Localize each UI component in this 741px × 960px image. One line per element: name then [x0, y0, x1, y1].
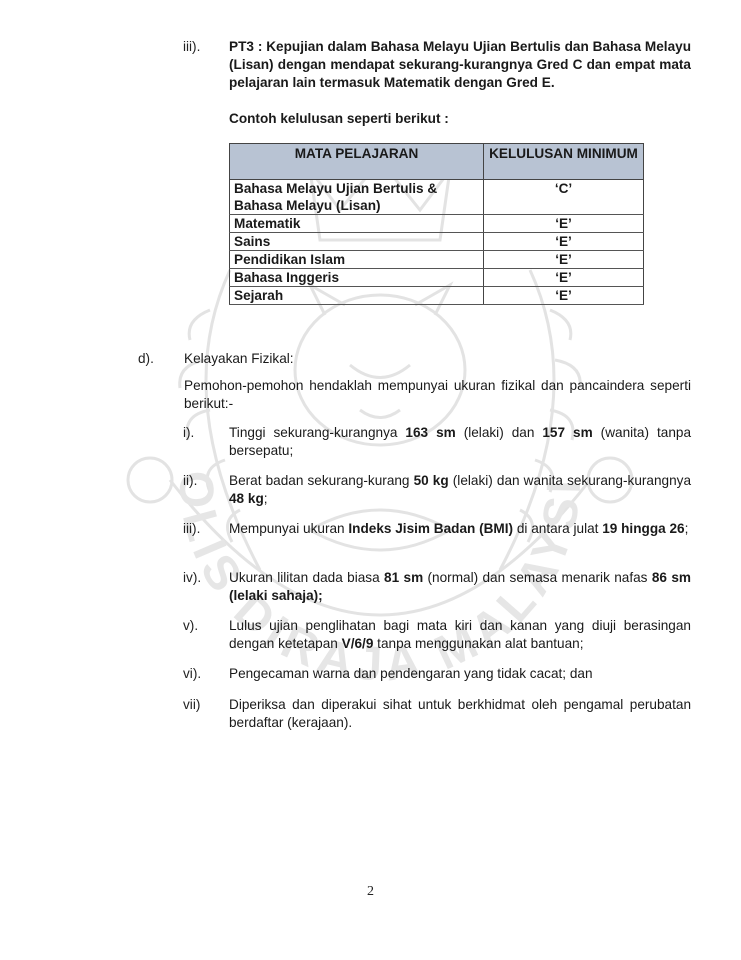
text-segment: Berat badan sekurang-kurang [229, 473, 414, 488]
list-item-text: Pengecaman warna dan pendengaran yang ti… [229, 665, 691, 683]
column-header-minimum-pass: KELULUSAN MINIMUM [484, 144, 644, 180]
subject-cell: Bahasa Melayu Ujian Bertulis & Bahasa Me… [230, 180, 484, 215]
table-row: Sains‘E’ [230, 233, 644, 251]
table-row: Sejarah‘E’ [230, 287, 644, 305]
text-segment: ; [264, 491, 268, 506]
emphasis-value: 19 hingga 26 [602, 521, 684, 536]
text-segment: Diperiksa dan diperakui sihat untuk berk… [229, 697, 691, 730]
emphasis-value: 81 sm [384, 570, 423, 585]
text-segment: ; [685, 521, 689, 536]
emphasis-value: 157 sm [542, 425, 592, 440]
subject-cell: Bahasa Inggeris [230, 269, 484, 287]
grade-cell: ‘E’ [484, 269, 644, 287]
list-item: iii).Mempunyai ukuran Indeks Jisim Badan… [183, 520, 691, 538]
list-marker: vi). [183, 665, 229, 683]
emphasis-value: 50 kg [414, 473, 449, 488]
table-row: Bahasa Melayu Ujian Bertulis & Bahasa Me… [230, 180, 644, 215]
text-segment: tanpa menggunakan alat bantuan; [373, 636, 583, 651]
grade-cell: ‘E’ [484, 287, 644, 305]
list-item-text: Mempunyai ukuran Indeks Jisim Badan (BMI… [229, 520, 691, 538]
document-page: iii). PT3 : Kepujian dalam Bahasa Melayu… [0, 0, 741, 960]
table-header-row: MATA PELAJARAN KELULUSAN MINIMUM [230, 144, 644, 180]
text-segment: Ukuran lilitan dada biasa [229, 570, 384, 585]
table-row: Matematik‘E’ [230, 215, 644, 233]
list-item: vi).Pengecaman warna dan pendengaran yan… [183, 665, 691, 683]
list-marker: vii) [183, 696, 229, 732]
grade-cell: ‘E’ [484, 233, 644, 251]
text-segment: (normal) dan semasa menarik nafas [423, 570, 652, 585]
text-segment: di antara julat [513, 521, 602, 536]
subject-cell: Matematik [230, 215, 484, 233]
grade-cell: ‘E’ [484, 251, 644, 269]
example-label: Contoh kelulusan seperti berikut : [229, 110, 449, 128]
grade-cell: ‘E’ [484, 215, 644, 233]
section-marker: d). [138, 350, 184, 368]
list-item: ii).Berat badan sekurang-kurang 50 kg (l… [183, 472, 691, 508]
grade-cell: ‘C’ [484, 180, 644, 215]
list-item-text: Berat badan sekurang-kurang 50 kg (lelak… [229, 472, 691, 508]
list-item: v).Lulus ujian penglihatan bagi mata kir… [183, 617, 691, 653]
page-number: 2 [0, 884, 741, 900]
list-item-text: Lulus ujian penglihatan bagi mata kiri d… [229, 617, 691, 653]
section-title: Kelayakan Fizikal: [184, 350, 294, 368]
text-segment: (lelaki) dan [456, 425, 543, 440]
list-item: iv).Ukuran lilitan dada biasa 81 sm (nor… [183, 569, 691, 605]
list-item-text: Tinggi sekurang-kurangnya 163 sm (lelaki… [229, 424, 691, 460]
subject-cell: Sejarah [230, 287, 484, 305]
text-segment: Tinggi sekurang-kurangnya [229, 425, 405, 440]
list-item-text: Diperiksa dan diperakui sihat untuk berk… [229, 696, 691, 732]
table-row: Bahasa Inggeris‘E’ [230, 269, 644, 287]
column-header-subject: MATA PELAJARAN [230, 144, 484, 180]
list-marker: v). [183, 617, 229, 653]
section-intro: Pemohon-pemohon hendaklah mempunyai ukur… [184, 377, 691, 413]
text-segment: Pengecaman warna dan pendengaran yang ti… [229, 666, 593, 681]
list-item: i).Tinggi sekurang-kurangnya 163 sm (lel… [183, 424, 691, 460]
subject-cell: Pendidikan Islam [230, 251, 484, 269]
emphasis-value: V/6/9 [342, 636, 374, 651]
text-segment: (lelaki) dan wanita sekurang-kurangnya [449, 473, 691, 488]
list-item: vii)Diperiksa dan diperakui sihat untuk … [183, 696, 691, 732]
list-item-text: Ukuran lilitan dada biasa 81 sm (normal)… [229, 569, 691, 605]
emphasis-value: 48 kg [229, 491, 264, 506]
list-marker: ii). [183, 472, 229, 508]
pt3-text: PT3 : Kepujian dalam Bahasa Melayu Ujian… [229, 38, 691, 92]
pt3-requirement: iii). PT3 : Kepujian dalam Bahasa Melayu… [183, 38, 691, 92]
subject-cell: Sains [230, 233, 484, 251]
table-row: Pendidikan Islam‘E’ [230, 251, 644, 269]
minimum-grades-table: MATA PELAJARAN KELULUSAN MINIMUM Bahasa … [229, 143, 644, 305]
emphasis-value: Indeks Jisim Badan (BMI) [348, 521, 513, 536]
list-marker: iii). [183, 38, 229, 92]
list-marker: iv). [183, 569, 229, 605]
text-segment: Mempunyai ukuran [229, 521, 348, 536]
section-d-heading: d). Kelayakan Fizikal: [138, 350, 698, 368]
list-marker: iii). [183, 520, 229, 538]
emphasis-value: 163 sm [405, 425, 455, 440]
list-marker: i). [183, 424, 229, 460]
